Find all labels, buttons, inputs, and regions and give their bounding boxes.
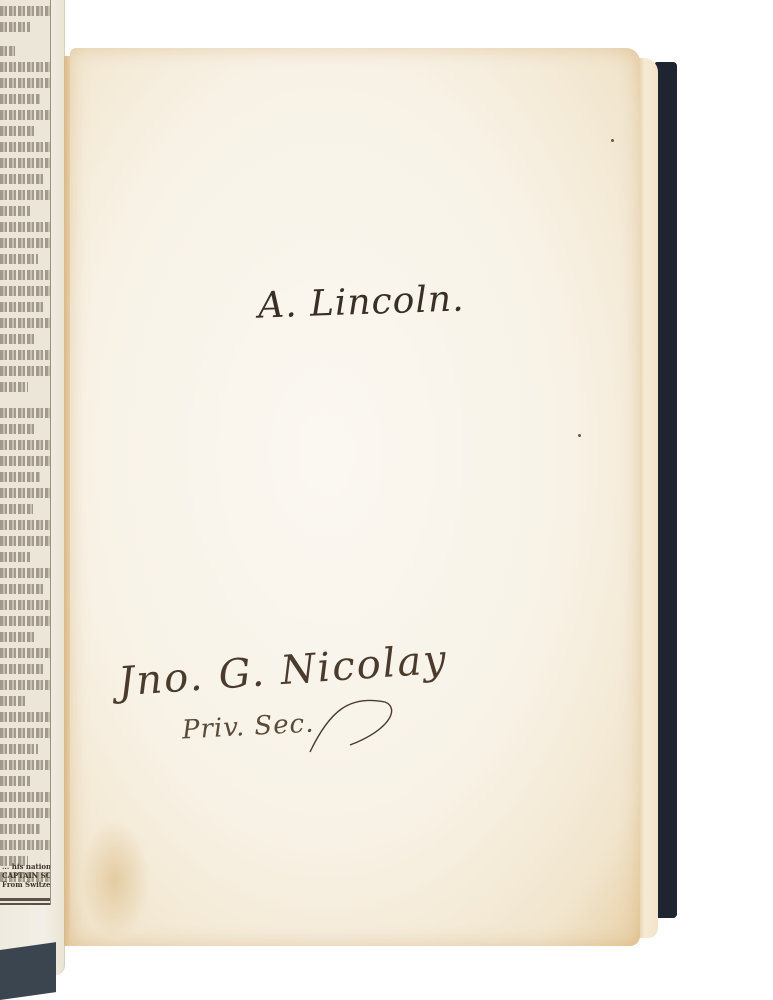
signed-page (70, 48, 640, 946)
left-cover-edge (0, 942, 56, 1000)
clipping-footer: ... his nation. CAPTAIN SCHERR, From Swi… (2, 862, 51, 889)
newspaper-clipping: ... his nation. CAPTAIN SCHERR, From Swi… (0, 0, 51, 905)
left-facing-page: ... his nation. CAPTAIN SCHERR, From Swi… (0, 0, 65, 975)
lincoln-signature: A. Lincoln. (257, 278, 465, 326)
signature-flourish (290, 690, 400, 760)
foxing-stain (80, 820, 150, 940)
back-cover-edge (655, 62, 677, 918)
